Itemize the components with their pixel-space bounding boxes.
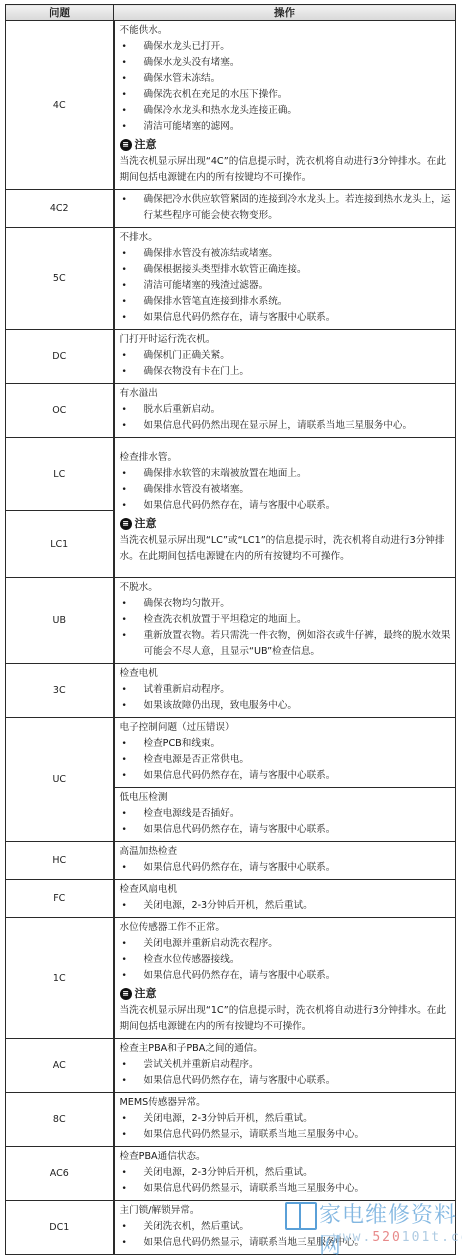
bullet-item: •尝试关机并重新启动程序。 [120,1057,452,1073]
bullet-item: •确保根据接头类型排水软管正确连接。 [120,262,452,278]
issue-title: 主门锁/解锁异常。 [120,1203,452,1219]
bullet-icon: • [120,596,144,612]
bullet-item: •关闭电源并重新启动洗衣程序。 [120,936,452,952]
bullet-item: •关闭电源，2-3分钟后开机，然后重试。 [120,1111,452,1127]
bullet-item: •检查电源线是否插好。 [120,806,452,822]
bullet-icon: • [120,898,144,914]
bullet-icon: • [120,39,144,55]
error-code: OC [6,384,114,438]
bullet-item: •如果信息代码仍然存在，请与客服中心联系。 [120,1073,452,1089]
action-cell: 主门锁/解锁异常。•关闭洗衣机，然后重试。•如果信息代码仍然显示，请联系当地三星… [114,1201,456,1255]
bullet-item: •确保水龙头没有堵塞。 [120,55,452,71]
bullet-icon: • [120,752,144,768]
table-row: DC 门打开时运行洗衣机。•确保机门正确关紧。•确保衣物没有卡在门上。 [6,330,456,384]
error-code: AC [6,1039,114,1093]
bullet-icon: • [120,1057,144,1073]
bullet-icon: • [120,860,144,876]
bullet-icon: • [120,262,144,278]
bullet-icon: • [120,952,144,968]
issue-title: 门打开时运行洗衣机。 [120,332,452,348]
error-code: 8C [6,1093,114,1147]
error-code: DC [6,330,114,384]
table-row: AC 检查主PBA和子PBA之间的通信。•尝试关机并重新启动程序。•如果信息代码… [6,1039,456,1093]
table-row: LC 检查排水管。•确保排水软管的末端被放置在地面上。•确保排水管没有被堵塞。•… [6,438,456,511]
issue-title: 不能供水。 [120,23,452,39]
issue-title: 水位传感器工作不正常。 [120,920,452,936]
table-row: DC1 主门锁/解锁异常。•关闭洗衣机，然后重试。•如果信息代码仍然显示，请联系… [6,1201,456,1255]
error-code: FC [6,880,114,918]
action-cell: 有水溢出•脱水后重新启动。•如果信息代码仍然出现在显示屏上，请联系当地三星服务中… [114,384,456,438]
error-code: UC [6,718,114,842]
bullet-item: •如果信息代码仍然存在，请与客服中心联系。 [120,860,452,876]
bullet-item: •如果信息代码仍然存在，请与客服中心联系。 [120,968,452,984]
error-code: AC6 [6,1147,114,1201]
bullet-item: •如果信息代码仍然存在，请与客服中心联系。 [120,310,452,326]
bullet-icon: • [120,294,144,310]
bullet-icon: • [120,402,144,418]
bullet-item: •如果该故障仍出现，致电服务中心。 [120,698,452,714]
table-row: AC6 检查PBA通信状态。•关闭电源，2-3分钟后开机，然后重试。•如果信息代… [6,1147,456,1201]
table-row: 8C MEMS传感器异常。•关闭电源，2-3分钟后开机，然后重试。•如果信息代码… [6,1093,456,1147]
bullet-item: •如果信息代码仍然显示，请联系当地三星服务中心。 [120,1235,452,1251]
issue-title: MEMS传感器异常。 [120,1095,452,1111]
note-icon: ≡ [120,988,132,1000]
bullet-item: •确保衣物没有卡在门上。 [120,364,452,380]
action-cell: 不脱水。•确保衣物均匀散开。•检查洗衣机放置于平坦稳定的地面上。•重新放置衣物。… [114,578,456,664]
issue-title: 有水溢出 [120,386,452,402]
error-code: 5C [6,228,114,330]
bullet-item: •确保机门正确关紧。 [120,348,452,364]
bullet-icon: • [120,822,144,838]
bullet-item: •关闭电源，2-3分钟后开机，然后重试。 [120,1165,452,1181]
action-cell: 高温加热检查•如果信息代码仍然存在，请与客服中心联系。 [114,842,456,880]
action-cell: 门打开时运行洗衣机。•确保机门正确关紧。•确保衣物没有卡在门上。 [114,330,456,384]
sub-section: 低电压检测•检查电源线是否插好。•如果信息代码仍然存在，请与客服中心联系。 [115,787,456,838]
bullet-item: •如果信息代码仍然出现在显示屏上，请联系当地三星服务中心。 [120,418,452,434]
bullet-icon: • [120,310,144,326]
bullet-item: •如果信息代码仍然存在，请与客服中心联系。 [120,768,452,784]
issue-title: 电子控制问题（过压错误） [120,720,452,736]
bullet-icon: • [120,498,144,514]
note-icon: ≡ [120,139,132,151]
bullet-icon: • [120,698,144,714]
bullet-icon: • [120,466,144,482]
error-code: UB [6,578,114,664]
bullet-item: •如果信息代码仍然显示，请联系当地三星服务中心。 [120,1127,452,1143]
bullet-icon: • [120,119,144,135]
bullet-item: •关闭电源，2-3分钟后开机，然后重试。 [120,898,452,914]
error-code: 4C2 [6,190,114,228]
note-heading: ≡注意 [120,985,452,1003]
bullet-item: •清洁可能堵塞的残渣过滤器。 [120,278,452,294]
bullet-icon: • [120,418,144,434]
note-text: 当洗衣机显示屏出现“1C”的信息提示时，洗衣机将自动进行3分钟排水。在此期间包括… [120,1003,452,1035]
note-text: 当洗衣机显示屏出现“LC”或“LC1”的信息提示时，洗衣机将自动进行3分钟排水。… [120,533,452,565]
bullet-item: •确保排水管没有被堵塞。 [120,482,452,498]
bullet-item: •确保排水管笔直连接到排水系统。 [120,294,452,310]
bullet-icon: • [120,1073,144,1089]
error-code: 1C [6,918,114,1039]
error-code: LC [6,438,114,511]
bullet-icon: • [120,968,144,984]
action-cell: 水位传感器工作不正常。•关闭电源并重新启动洗衣程序。•检查水位传感器接线。•如果… [114,918,456,1039]
bullet-icon: • [120,806,144,822]
bullet-item: •确保排水软管的末端被放置在地面上。 [120,466,452,482]
error-code: 4C [6,21,114,190]
action-cell: 检查排水管。•确保排水软管的末端被放置在地面上。•确保排水管没有被堵塞。•如果信… [114,438,456,578]
bullet-item: •如果信息代码仍然存在，请与客服中心联系。 [120,498,452,514]
bullet-icon: • [120,1181,144,1197]
issue-title: 检查排水管。 [120,450,452,466]
bullet-icon: • [120,55,144,71]
error-code-table: 问题 操作 4C 不能供水。•确保水龙头已打开。•确保水龙头没有堵塞。•确保水管… [5,4,456,1255]
bullet-item: •确保把冷水供应软管紧固的连接到冷水龙头上。若连接到热水龙头上，运行某些程序可能… [120,192,452,224]
bullet-icon: • [120,278,144,294]
bullet-icon: • [120,482,144,498]
action-cell: 检查PBA通信状态。•关闭电源，2-3分钟后开机，然后重试。•如果信息代码仍然显… [114,1147,456,1201]
bullet-icon: • [120,1127,144,1143]
table-row: FC 检查风扇电机•关闭电源，2-3分钟后开机，然后重试。 [6,880,456,918]
issue-title: 检查主PBA和子PBA之间的通信。 [120,1041,452,1057]
bullet-item: •检查PCB和线束。 [120,736,452,752]
bullet-item: •关闭洗衣机，然后重试。 [120,1219,452,1235]
bullet-item: •确保水管未冻结。 [120,71,452,87]
bullet-item: •确保水龙头已打开。 [120,39,452,55]
table-row: UB 不脱水。•确保衣物均匀散开。•检查洗衣机放置于平坦稳定的地面上。•重新放置… [6,578,456,664]
issue-title: 检查风扇电机 [120,882,452,898]
bullet-item: •重新放置衣物。若只需洗一件衣物，例如浴衣或牛仔裤，最终的脱水效果可能会不尽人意… [120,628,452,660]
bullet-item: •确保洗衣机在充足的水压下操作。 [120,87,452,103]
table-row: 1C 水位传感器工作不正常。•关闭电源并重新启动洗衣程序。•检查水位传感器接线。… [6,918,456,1039]
table-row: 4C2 •确保把冷水供应软管紧固的连接到冷水龙头上。若连接到热水龙头上，运行某些… [6,190,456,228]
issue-title: 检查PBA通信状态。 [120,1149,452,1165]
bullet-icon: • [120,936,144,952]
note-heading: ≡注意 [120,515,452,533]
bullet-icon: • [120,768,144,784]
error-code: 3C [6,664,114,718]
bullet-item: •确保冷水龙头和热水龙头连接正确。 [120,103,452,119]
header-action: 操作 [114,5,456,21]
bullet-icon: • [120,1111,144,1127]
bullet-item: •脱水后重新启动。 [120,402,452,418]
bullet-icon: • [120,71,144,87]
error-code: LC1 [6,511,114,578]
error-code: DC1 [6,1201,114,1255]
action-cell: 检查风扇电机•关闭电源，2-3分钟后开机，然后重试。 [114,880,456,918]
bullet-icon: • [120,1219,144,1235]
issue-title: 高温加热检查 [120,844,452,860]
bullet-icon: • [120,246,144,262]
bullet-icon: • [120,364,144,380]
bullet-item: •试着重新启动程序。 [120,682,452,698]
bullet-item: •确保衣物均匀散开。 [120,596,452,612]
table-row: HC 高温加热检查•如果信息代码仍然存在，请与客服中心联系。 [6,842,456,880]
table-row: 5C 不排水。•确保排水管没有被冻结或堵塞。•确保根据接头类型排水软管正确连接。… [6,228,456,330]
table-row: OC 有水溢出•脱水后重新启动。•如果信息代码仍然出现在显示屏上，请联系当地三星… [6,384,456,438]
action-cell: 检查主PBA和子PBA之间的通信。•尝试关机并重新启动程序。•如果信息代码仍然存… [114,1039,456,1093]
bullet-icon: • [120,1235,144,1251]
bullet-item: •清洁可能堵塞的滤网。 [120,119,452,135]
header-problem: 问题 [6,5,114,21]
bullet-icon: • [120,348,144,364]
issue-title: 检查电机 [120,666,452,682]
bullet-item: •如果信息代码仍然存在，请与客服中心联系。 [120,822,452,838]
bullet-icon: • [120,612,144,628]
action-cell: 不能供水。•确保水龙头已打开。•确保水龙头没有堵塞。•确保水管未冻结。•确保洗衣… [114,21,456,190]
error-code: HC [6,842,114,880]
bullet-icon: • [120,192,144,224]
table-row: UC 电子控制问题（过压错误）•检查PCB和线束。•检查电源是否正常供电。•如果… [6,718,456,842]
bullet-item: •确保排水管没有被冻结或堵塞。 [120,246,452,262]
bullet-icon: • [120,1165,144,1181]
bullet-icon: • [120,87,144,103]
issue-title: 低电压检测 [120,790,452,806]
bullet-item: •如果信息代码仍然显示，请联系当地三星服务中心。 [120,1181,452,1197]
bullet-icon: • [120,736,144,752]
action-cell: 不排水。•确保排水管没有被冻结或堵塞。•确保根据接头类型排水软管正确连接。•清洁… [114,228,456,330]
action-cell: 检查电机•试着重新启动程序。•如果该故障仍出现，致电服务中心。 [114,664,456,718]
action-cell: 电子控制问题（过压错误）•检查PCB和线束。•检查电源是否正常供电。•如果信息代… [114,718,456,842]
note-icon: ≡ [120,518,132,530]
bullet-icon: • [120,103,144,119]
issue-title: 不脱水。 [120,580,452,596]
action-cell: •确保把冷水供应软管紧固的连接到冷水龙头上。若连接到热水龙头上，运行某些程序可能… [114,190,456,228]
issue-title: 不排水。 [120,230,452,246]
note-heading: ≡注意 [120,136,452,154]
bullet-item: •检查洗衣机放置于平坦稳定的地面上。 [120,612,452,628]
action-cell: MEMS传感器异常。•关闭电源，2-3分钟后开机，然后重试。•如果信息代码仍然显… [114,1093,456,1147]
table-row: 3C 检查电机•试着重新启动程序。•如果该故障仍出现，致电服务中心。 [6,664,456,718]
note-text: 当洗衣机显示屏出现“4C”的信息提示时，洗衣机将自动进行3分钟排水。在此期间包括… [120,154,452,186]
table-row: 4C 不能供水。•确保水龙头已打开。•确保水龙头没有堵塞。•确保水管未冻结。•确… [6,21,456,190]
bullet-icon: • [120,682,144,698]
bullet-item: •检查水位传感器接线。 [120,952,452,968]
bullet-item: •检查电源是否正常供电。 [120,752,452,768]
bullet-icon: • [120,628,144,660]
table-header-row: 问题 操作 [6,5,456,21]
